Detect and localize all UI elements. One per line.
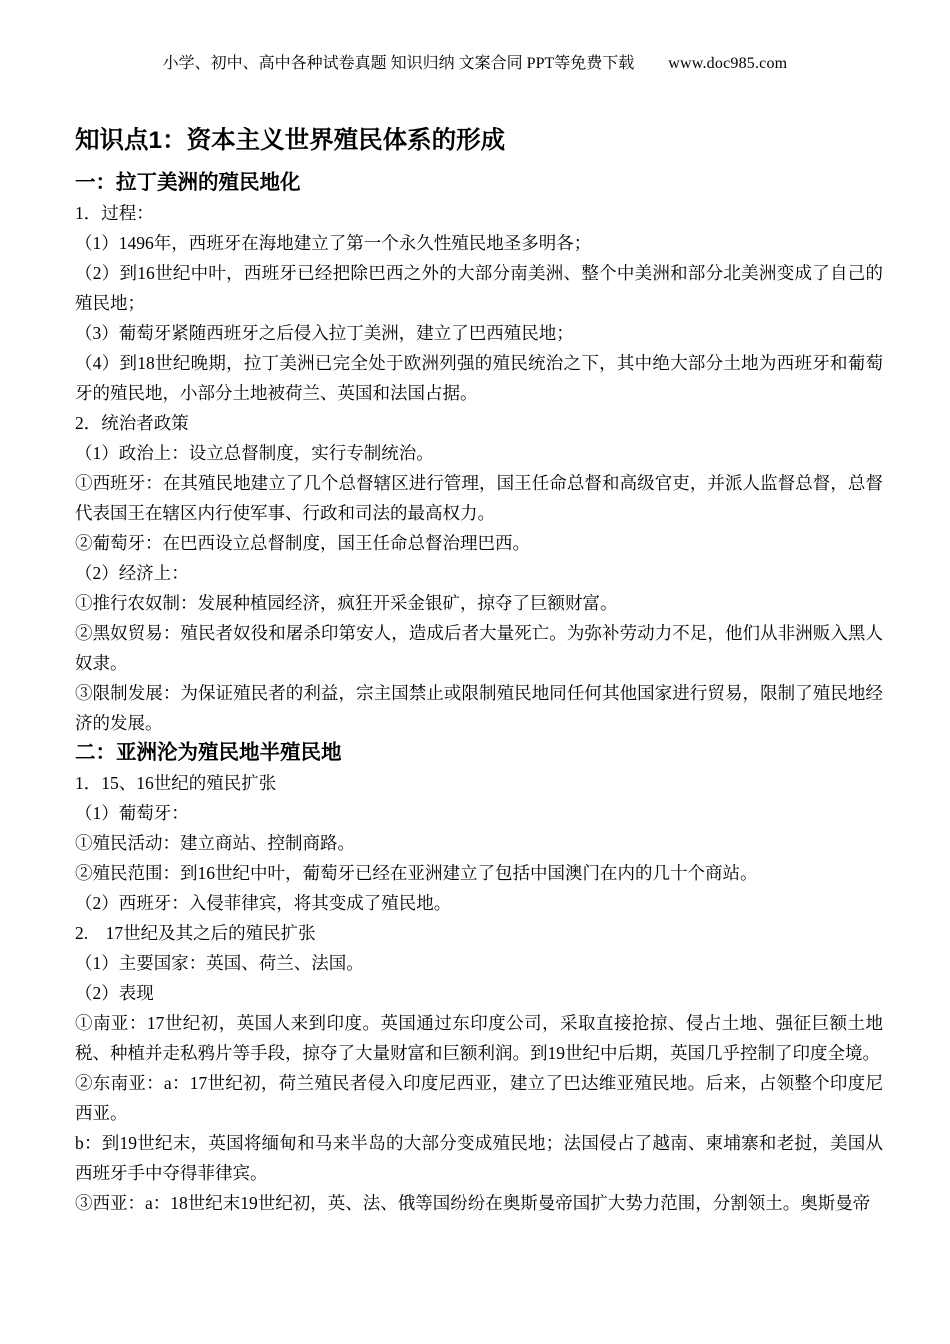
page-title: 知识点1：资本主义世界殖民体系的形成: [75, 124, 505, 158]
paragraph: （1）主要国家：英国、荷兰、法国。: [75, 948, 883, 978]
document-page: 小学、初中、高中各种试卷真题 知识归纳 文案合同 PPT等免费下载 www.do…: [0, 0, 950, 1344]
paragraph: ③限制发展：为保证殖民者的利益，宗主国禁止或限制殖民地同任何其他国家进行贸易，限…: [75, 678, 883, 738]
paragraph: （3）葡萄牙紧随西班牙之后侵入拉丁美洲，建立了巴西殖民地；: [75, 318, 883, 348]
paragraph: ①南亚：17世纪初，英国人来到印度。英国通过东印度公司，采取直接抢掠、侵占土地、…: [75, 1008, 883, 1068]
paragraph: ②葡萄牙：在巴西设立总督制度，国王任命总督治理巴西。: [75, 528, 883, 558]
paragraph: （2）表现: [75, 978, 883, 1008]
paragraph: （1）1496年，西班牙在海地建立了第一个永久性殖民地圣多明各；: [75, 228, 883, 258]
paragraph: 2. 17世纪及其之后的殖民扩张: [75, 918, 883, 948]
paragraph: （4）到18世纪晚期，拉丁美洲已完全处于欧洲列强的殖民统治之下，其中绝大部分土地…: [75, 348, 883, 408]
paragraph: （2）西班牙：入侵菲律宾，将其变成了殖民地。: [75, 888, 883, 918]
header-site-url: www.doc985.com: [668, 55, 787, 72]
paragraph: ②黑奴贸易：殖民者奴役和屠杀印第安人，造成后者大量死亡。为弥补劳动力不足，他们从…: [75, 618, 883, 678]
paragraph: ②殖民范围：到16世纪中叶，葡萄牙已经在亚洲建立了包括中国澳门在内的几十个商站。: [75, 858, 883, 888]
paragraph: （2）到16世纪中叶，西班牙已经把除巴西之外的大部分南美洲、整个中美洲和部分北美…: [75, 258, 883, 318]
paragraph: 1．15、16世纪的殖民扩张: [75, 768, 883, 798]
paragraph: （1）葡萄牙：: [75, 798, 883, 828]
paragraph: 2．统治者政策: [75, 408, 883, 438]
section-heading-latin-america: 一：拉丁美洲的殖民地化: [75, 168, 883, 198]
paragraph: ①西班牙：在其殖民地建立了几个总督辖区进行管理，国王任命总督和高级官吏，并派人监…: [75, 468, 883, 528]
section-heading-asia: 二：亚洲沦为殖民地半殖民地: [75, 738, 883, 768]
paragraph: （2）经济上：: [75, 558, 883, 588]
header-site-text: 小学、初中、高中各种试卷真题 知识归纳 文案合同 PPT等免费下载: [163, 55, 635, 72]
paragraph: 1．过程：: [75, 198, 883, 228]
paragraph: b：到19世纪末，英国将缅甸和马来半岛的大部分变成殖民地；法国侵占了越南、柬埔寨…: [75, 1128, 883, 1188]
document-body: 一：拉丁美洲的殖民地化 1．过程： （1）1496年，西班牙在海地建立了第一个永…: [75, 168, 883, 1218]
paragraph: ②东南亚：a：17世纪初，荷兰殖民者侵入印度尼西亚，建立了巴达维亚殖民地。后来，…: [75, 1068, 883, 1128]
document-header: 小学、初中、高中各种试卷真题 知识归纳 文案合同 PPT等免费下载 www.do…: [0, 52, 950, 76]
paragraph: （1）政治上：设立总督制度，实行专制统治。: [75, 438, 883, 468]
paragraph: ①推行农奴制：发展种植园经济，疯狂开采金银矿，掠夺了巨额财富。: [75, 588, 883, 618]
paragraph: ①殖民活动：建立商站、控制商路。: [75, 828, 883, 858]
paragraph: ③西亚：a：18世纪末19世纪初，英、法、俄等国纷纷在奥斯曼帝国扩大势力范围，分…: [75, 1188, 883, 1218]
